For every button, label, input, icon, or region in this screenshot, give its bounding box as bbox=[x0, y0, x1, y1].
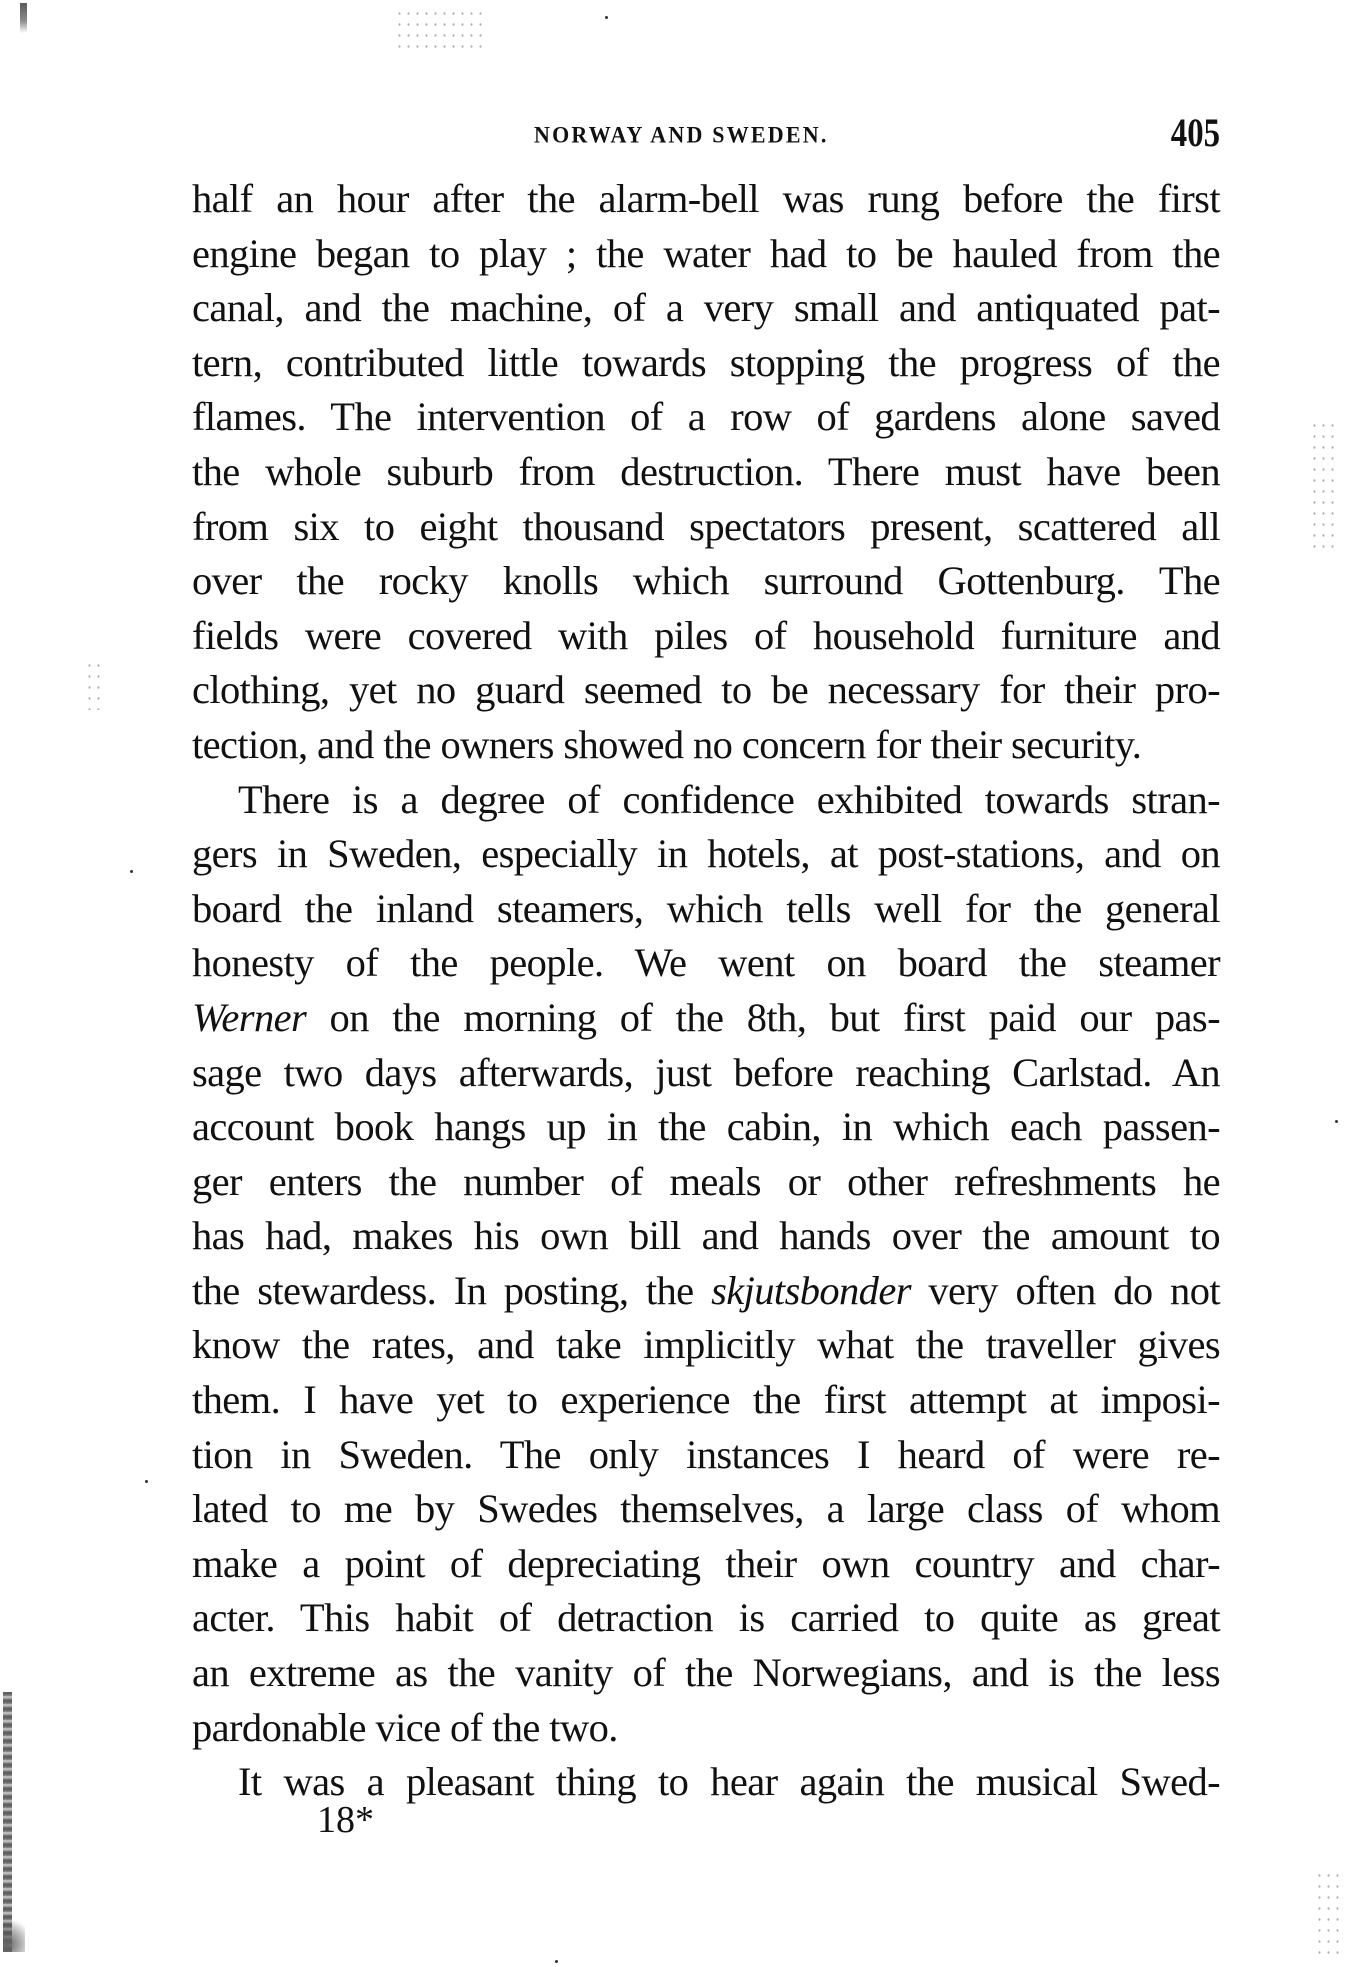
italic-term: skjutsbonder bbox=[711, 1268, 911, 1313]
line-text: know the rates, and take implicitly what… bbox=[192, 1322, 1220, 1367]
scan-speck bbox=[605, 16, 608, 19]
line-text: tection, and the owners showed no concer… bbox=[192, 722, 1141, 767]
line-text: half an hour after the alarm-bell was ru… bbox=[192, 176, 1220, 221]
scan-speck bbox=[555, 1960, 558, 1963]
line-text: tern, contributed little towards stoppin… bbox=[192, 340, 1220, 385]
line-text: canal, and the machine, of a very small … bbox=[192, 285, 1220, 330]
book-page: NORWAY AND SWEDEN. 405 half an hour afte… bbox=[0, 0, 1360, 1967]
line-text: an extreme as the vanity of the Norwegia… bbox=[192, 1650, 1220, 1695]
line-text: over the rocky knolls which surround Got… bbox=[192, 558, 1220, 603]
text-line: tern, contributed little towards stoppin… bbox=[192, 336, 1220, 391]
line-text: the stewardess. In posting, the bbox=[192, 1268, 711, 1313]
line-text: account book hangs up in the cabin, in w… bbox=[192, 1104, 1220, 1149]
line-text: fields were covered with piles of househ… bbox=[192, 613, 1220, 658]
text-line: an extreme as the vanity of the Norwegia… bbox=[192, 1646, 1220, 1701]
line-text: sage two days afterwards, just before re… bbox=[192, 1050, 1220, 1095]
line-text: on the morning of the 8th, but first pai… bbox=[306, 995, 1220, 1040]
scan-speck bbox=[130, 870, 133, 873]
text-line: Werner on the morning of the 8th, but fi… bbox=[192, 991, 1220, 1046]
body-text: half an hour after the alarm-bell was ru… bbox=[192, 172, 1220, 1810]
line-text: clothing, yet no guard seemed to be nece… bbox=[192, 667, 1220, 712]
line-text: tion in Sweden. The only instances I hea… bbox=[192, 1432, 1220, 1477]
line-text: engine began to play ; the water had to … bbox=[192, 231, 1220, 276]
line-text: acter. This habit of detraction is carri… bbox=[192, 1595, 1220, 1640]
text-line: the whole suburb from destruction. There… bbox=[192, 445, 1220, 500]
text-line: account book hangs up in the cabin, in w… bbox=[192, 1100, 1220, 1155]
scan-speckle bbox=[85, 660, 105, 710]
line-text: board the inland steamers, which tells w… bbox=[192, 886, 1220, 931]
text-line: lated to me by Swedes themselves, a larg… bbox=[192, 1482, 1220, 1537]
text-line: them. I have yet to experience the first… bbox=[192, 1373, 1220, 1428]
text-line: know the rates, and take implicitly what… bbox=[192, 1318, 1220, 1373]
line-text: lated to me by Swedes themselves, a larg… bbox=[192, 1486, 1220, 1531]
text-line: flames. The intervention of a row of gar… bbox=[192, 390, 1220, 445]
scan-speck bbox=[1335, 1120, 1338, 1123]
page-number: 405 bbox=[1171, 112, 1220, 154]
line-text: ger enters the number of meals or other … bbox=[192, 1159, 1220, 1204]
scan-artifact-left-edge bbox=[3, 1692, 12, 1952]
text-line: the stewardess. In posting, the skjutsbo… bbox=[192, 1264, 1220, 1319]
text-line: clothing, yet no guard seemed to be nece… bbox=[192, 663, 1220, 718]
text-line: make a point of depreciating their own c… bbox=[192, 1537, 1220, 1592]
signature-mark: 18* bbox=[317, 1800, 374, 1840]
paragraph-start-line: There is a degree of confidence exhibite… bbox=[192, 773, 1220, 828]
line-text: make a point of depreciating their own c… bbox=[192, 1541, 1220, 1586]
scan-speckle bbox=[1315, 1870, 1345, 1960]
line-text: There is a degree of confidence exhibite… bbox=[238, 777, 1220, 822]
running-head: NORWAY AND SWEDEN. bbox=[534, 120, 829, 152]
text-line: honesty of the people. We went on board … bbox=[192, 936, 1220, 991]
line-text: from six to eight thousand spectators pr… bbox=[192, 504, 1220, 549]
line-text: flames. The intervention of a row of gar… bbox=[192, 394, 1220, 439]
text-line: fields were covered with piles of househ… bbox=[192, 609, 1220, 664]
line-text: honesty of the people. We went on board … bbox=[192, 940, 1220, 985]
text-line: gers in Sweden, especially in hotels, at… bbox=[192, 827, 1220, 882]
scan-speckle bbox=[395, 8, 485, 48]
text-line: tion in Sweden. The only instances I hea… bbox=[192, 1428, 1220, 1483]
text-line: board the inland steamers, which tells w… bbox=[192, 882, 1220, 937]
text-line: from six to eight thousand spectators pr… bbox=[192, 500, 1220, 555]
line-text: very often do not bbox=[911, 1268, 1220, 1313]
scan-artifact-top-left bbox=[20, 3, 27, 33]
line-text: It was a pleasant thing to hear again th… bbox=[238, 1759, 1220, 1804]
scan-speck bbox=[145, 1480, 148, 1483]
text-line: acter. This habit of detraction is carri… bbox=[192, 1591, 1220, 1646]
text-line: engine began to play ; the water had to … bbox=[192, 227, 1220, 282]
text-line: tection, and the owners showed no concer… bbox=[192, 718, 1220, 773]
text-line: has had, makes his own bill and hands ov… bbox=[192, 1209, 1220, 1264]
text-line: ger enters the number of meals or other … bbox=[192, 1155, 1220, 1210]
text-line: half an hour after the alarm-bell was ru… bbox=[192, 172, 1220, 227]
text-line: pardonable vice of the two. bbox=[192, 1701, 1220, 1756]
line-text: has had, makes his own bill and hands ov… bbox=[192, 1213, 1220, 1258]
text-line: canal, and the machine, of a very small … bbox=[192, 281, 1220, 336]
line-text: the whole suburb from destruction. There… bbox=[192, 449, 1220, 494]
italic-ship-name: Werner bbox=[192, 995, 306, 1040]
scan-speckle bbox=[1310, 420, 1340, 550]
line-text: gers in Sweden, especially in hotels, at… bbox=[192, 831, 1220, 876]
text-line: over the rocky knolls which surround Got… bbox=[192, 554, 1220, 609]
text-line: sage two days afterwards, just before re… bbox=[192, 1046, 1220, 1101]
line-text: them. I have yet to experience the first… bbox=[192, 1377, 1220, 1422]
line-text: pardonable vice of the two. bbox=[192, 1705, 618, 1750]
